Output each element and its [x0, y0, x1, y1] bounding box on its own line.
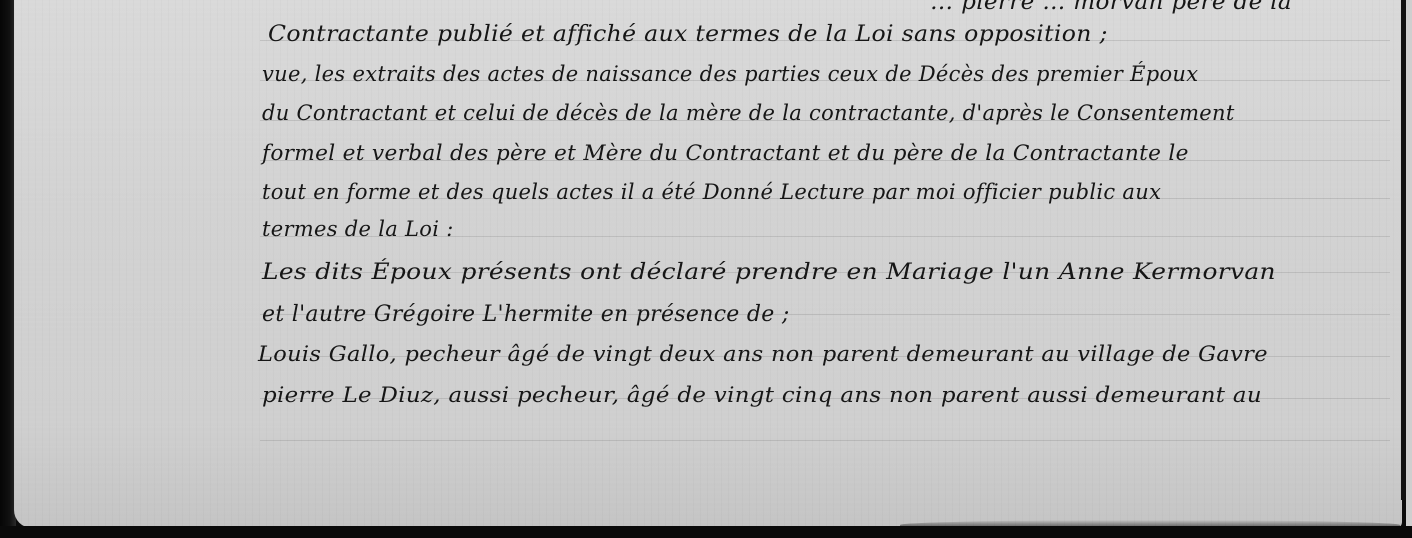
- handwritten-line: termes de la Loi :: [262, 217, 454, 241]
- bottom-dark-edge: [0, 526, 1412, 538]
- handwritten-line: Louis Gallo, pecheur âgé de vingt deux a…: [258, 342, 1268, 366]
- handwritten-line: et l'autre Grégoire L'hermite en présenc…: [262, 302, 790, 327]
- scanned-document-page: … pierre … morvan père de la Contractant…: [0, 0, 1412, 538]
- handwritten-line: Contractante publié et affiché aux terme…: [268, 22, 1108, 47]
- handwritten-line: Les dits Époux présents ont déclaré pren…: [262, 260, 1276, 285]
- handwritten-line: formel et verbal des père et Mère du Con…: [262, 141, 1189, 165]
- handwritten-line: vue, les extraits des actes de naissance…: [262, 62, 1198, 86]
- ruled-line: [260, 440, 1390, 441]
- handwritten-line: tout en forme et des quels actes il a ét…: [262, 180, 1161, 204]
- handwritten-line: du Contractant et celui de décès de la m…: [262, 101, 1235, 125]
- right-paper-edge: [1406, 0, 1412, 538]
- handwritten-line: … pierre … morvan père de la: [930, 0, 1292, 15]
- handwritten-line: pierre Le Diuz, aussi pecheur, âgé de vi…: [262, 383, 1262, 407]
